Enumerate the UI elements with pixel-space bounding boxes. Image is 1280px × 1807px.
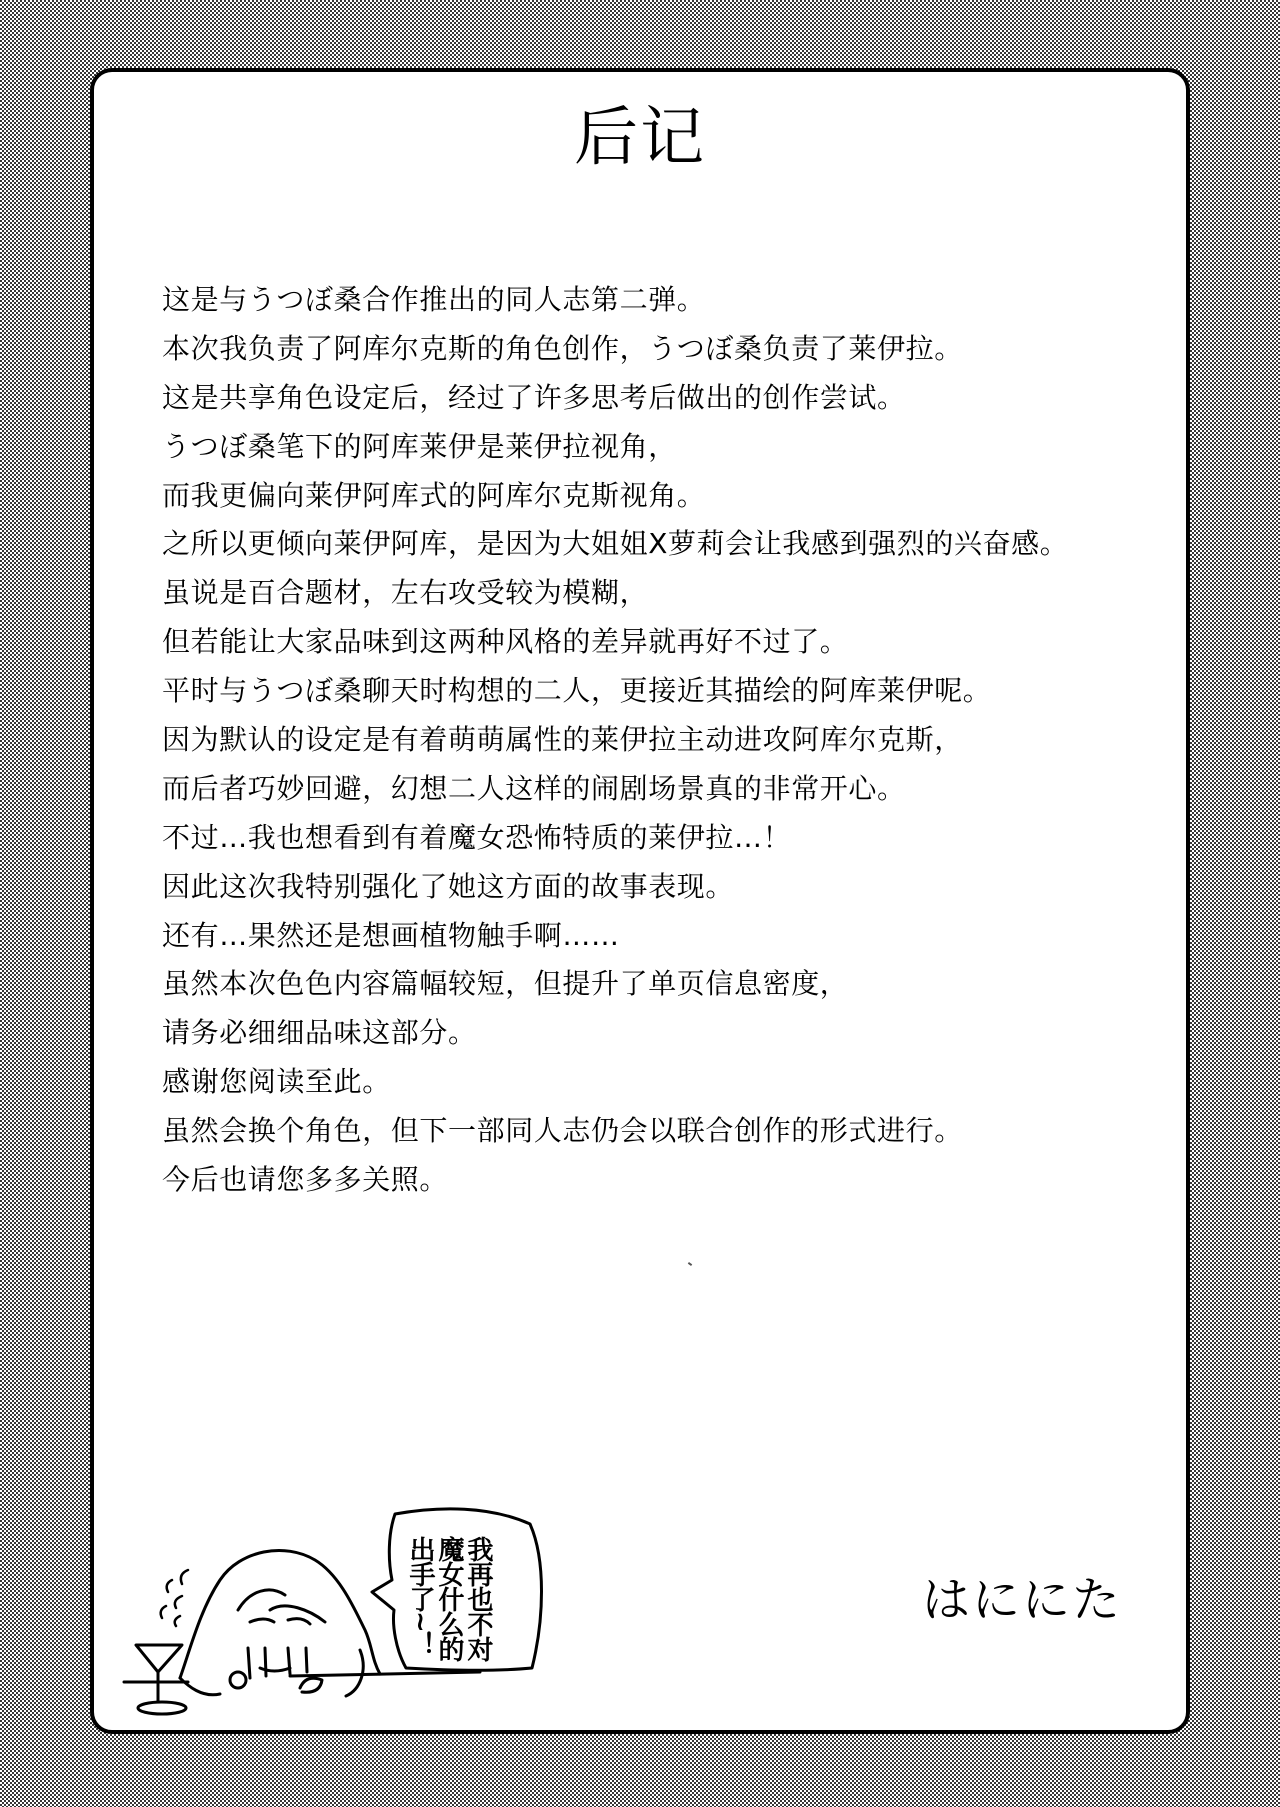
- hair-outline: [180, 1550, 380, 1678]
- text-line: 虽说是百合题材，左右攻受较为模糊，: [162, 569, 1172, 618]
- afterword-body: 这是与うつぼ桑合作推出的同人志第二弹。 本次我负责了阿库尔克斯的角色创作，うつぼ…: [162, 276, 1172, 1205]
- text-line: 还有…果然还是想画植物触手啊……: [162, 912, 1172, 961]
- text-line: 平时与うつぼ桑聊天时构想的二人，更接近其描绘的阿库莱伊呢。: [162, 667, 1172, 716]
- text-line: 不过…我也想看到有着魔女恐怖特质的莱伊拉…！: [162, 814, 1172, 863]
- text-line: 但若能让大家品味到这两种风格的差异就再好不过了。: [162, 618, 1172, 667]
- text-line: 虽然本次色色内容篇幅较短，但提升了单页信息密度，: [162, 960, 1172, 1009]
- text-line: 因为默认的设定是有着萌萌属性的莱伊拉主动进攻阿库尔克斯，: [162, 716, 1172, 765]
- chibi-character-illustration: [110, 1500, 570, 1730]
- text-line: 这是共享角色设定后，经过了许多思考后做出的创作尝试。: [162, 374, 1172, 423]
- cocktail-glass-icon: [136, 1645, 186, 1714]
- closed-eye-left: [250, 1619, 274, 1622]
- author-signature: はににた: [922, 1570, 1122, 1630]
- speech-bubble-column: 出手了~！: [405, 1536, 434, 1676]
- text-line: 虽然会换个角色，但下一部同人志仍会以联合创作的形式进行。: [162, 1107, 1172, 1156]
- text-line: 这是与うつぼ桑合作推出的同人志第二弹。: [162, 276, 1172, 325]
- text-line: 请务必细细品味这部分。: [162, 1009, 1172, 1058]
- closed-eye-right: [288, 1619, 310, 1624]
- text-line: うつぼ桑笔下的阿库莱伊是莱伊拉视角，: [162, 423, 1172, 472]
- text-line: 因此这次我特别强化了她这方面的故事表现。: [162, 863, 1172, 912]
- speech-bubble-column: 魔女什么的: [434, 1536, 463, 1676]
- speech-bubble-text: 我再也不对 魔女什么的 出手了~！: [405, 1536, 492, 1676]
- tear-stream-left: [248, 1648, 250, 1678]
- text-line: 之所以更倾向莱伊阿库，是因为大姐姐X萝莉会让我感到强烈的兴奋感。: [162, 520, 1172, 569]
- text-line: 而我更偏向莱伊阿库式的阿库尔克斯视角。: [162, 472, 1172, 521]
- dizzy-swirl-icon: [161, 1570, 188, 1626]
- text-line: 本次我负责了阿库尔克斯的角色创作，うつぼ桑负责了莱伊拉。: [162, 325, 1172, 374]
- page-title: 后记: [0, 98, 1280, 178]
- text-line: 而后者巧妙回避，幻想二人这样的闹剧场景真的非常开心。: [162, 765, 1172, 814]
- mouth: [260, 1668, 290, 1671]
- text-line: 今后也请您多多关照。: [162, 1156, 1172, 1205]
- speech-bubble-column: 我再也不对: [463, 1536, 492, 1676]
- text-line: 感谢您阅读至此。: [162, 1058, 1172, 1107]
